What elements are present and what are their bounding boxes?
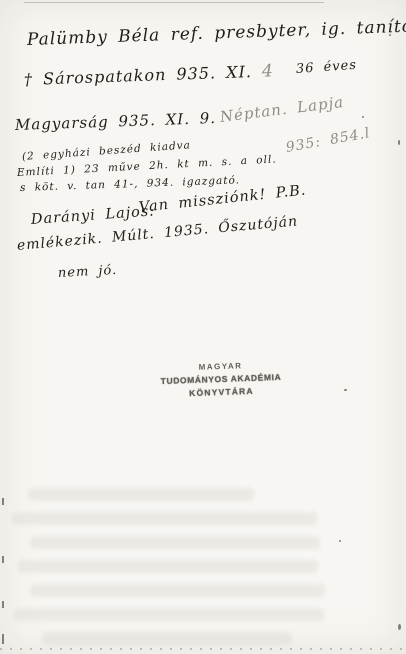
handwritten-line-death-date: † Sárospatakon 935. XI. 4 <box>24 61 275 90</box>
scan-edge-mark <box>2 634 4 644</box>
pencil-note-journal: Néptan. Lapja <box>219 93 345 126</box>
scan-edge-mark <box>2 556 4 563</box>
ink-speck <box>362 116 364 118</box>
ink-speck <box>398 140 400 145</box>
handwritten-remark: nem jó. <box>58 263 118 281</box>
library-stamp: MAGYAR TUDOMÁNYOS AKADÉMIA KÖNYVTÁRA <box>145 357 296 401</box>
ink-speck <box>398 624 401 630</box>
handwritten-line-name: Palümby Béla ref. presbyter, ig. tanító <box>27 17 406 50</box>
scan-edge-mark <box>2 601 4 608</box>
bleed-through-line <box>42 632 292 645</box>
bleed-through-line <box>30 536 320 549</box>
bleed-through-line <box>18 560 318 573</box>
handwritten-line-source: Magyarság 935. XI. 9. <box>15 109 217 134</box>
ink-speck <box>344 389 347 391</box>
pencil-note-shelfmark: 935: 854.l <box>285 125 372 156</box>
scan-edge-bottom <box>0 648 406 650</box>
death-date-ink: † Sárospatakon 935. XI. <box>24 62 253 89</box>
scanned-card-page: Palümby Béla ref. presbyter, ig. tanító … <box>0 0 406 654</box>
scan-edge-mark <box>2 498 4 505</box>
scan-edge-top <box>24 2 324 3</box>
bleed-through-line <box>28 488 254 501</box>
bleed-through-line <box>14 608 324 621</box>
handwritten-small-note-3: s köt. v. tan 41-, 934. igazgató. <box>20 174 240 194</box>
bleed-through-line <box>30 584 325 597</box>
death-date-pencil-day: 4 <box>262 61 275 81</box>
ink-speck <box>339 540 341 542</box>
handwritten-age: 36 éves <box>295 58 357 77</box>
handwritten-citation-author: Darányi Lajos: <box>30 203 155 228</box>
bleed-through-line <box>12 512 317 525</box>
